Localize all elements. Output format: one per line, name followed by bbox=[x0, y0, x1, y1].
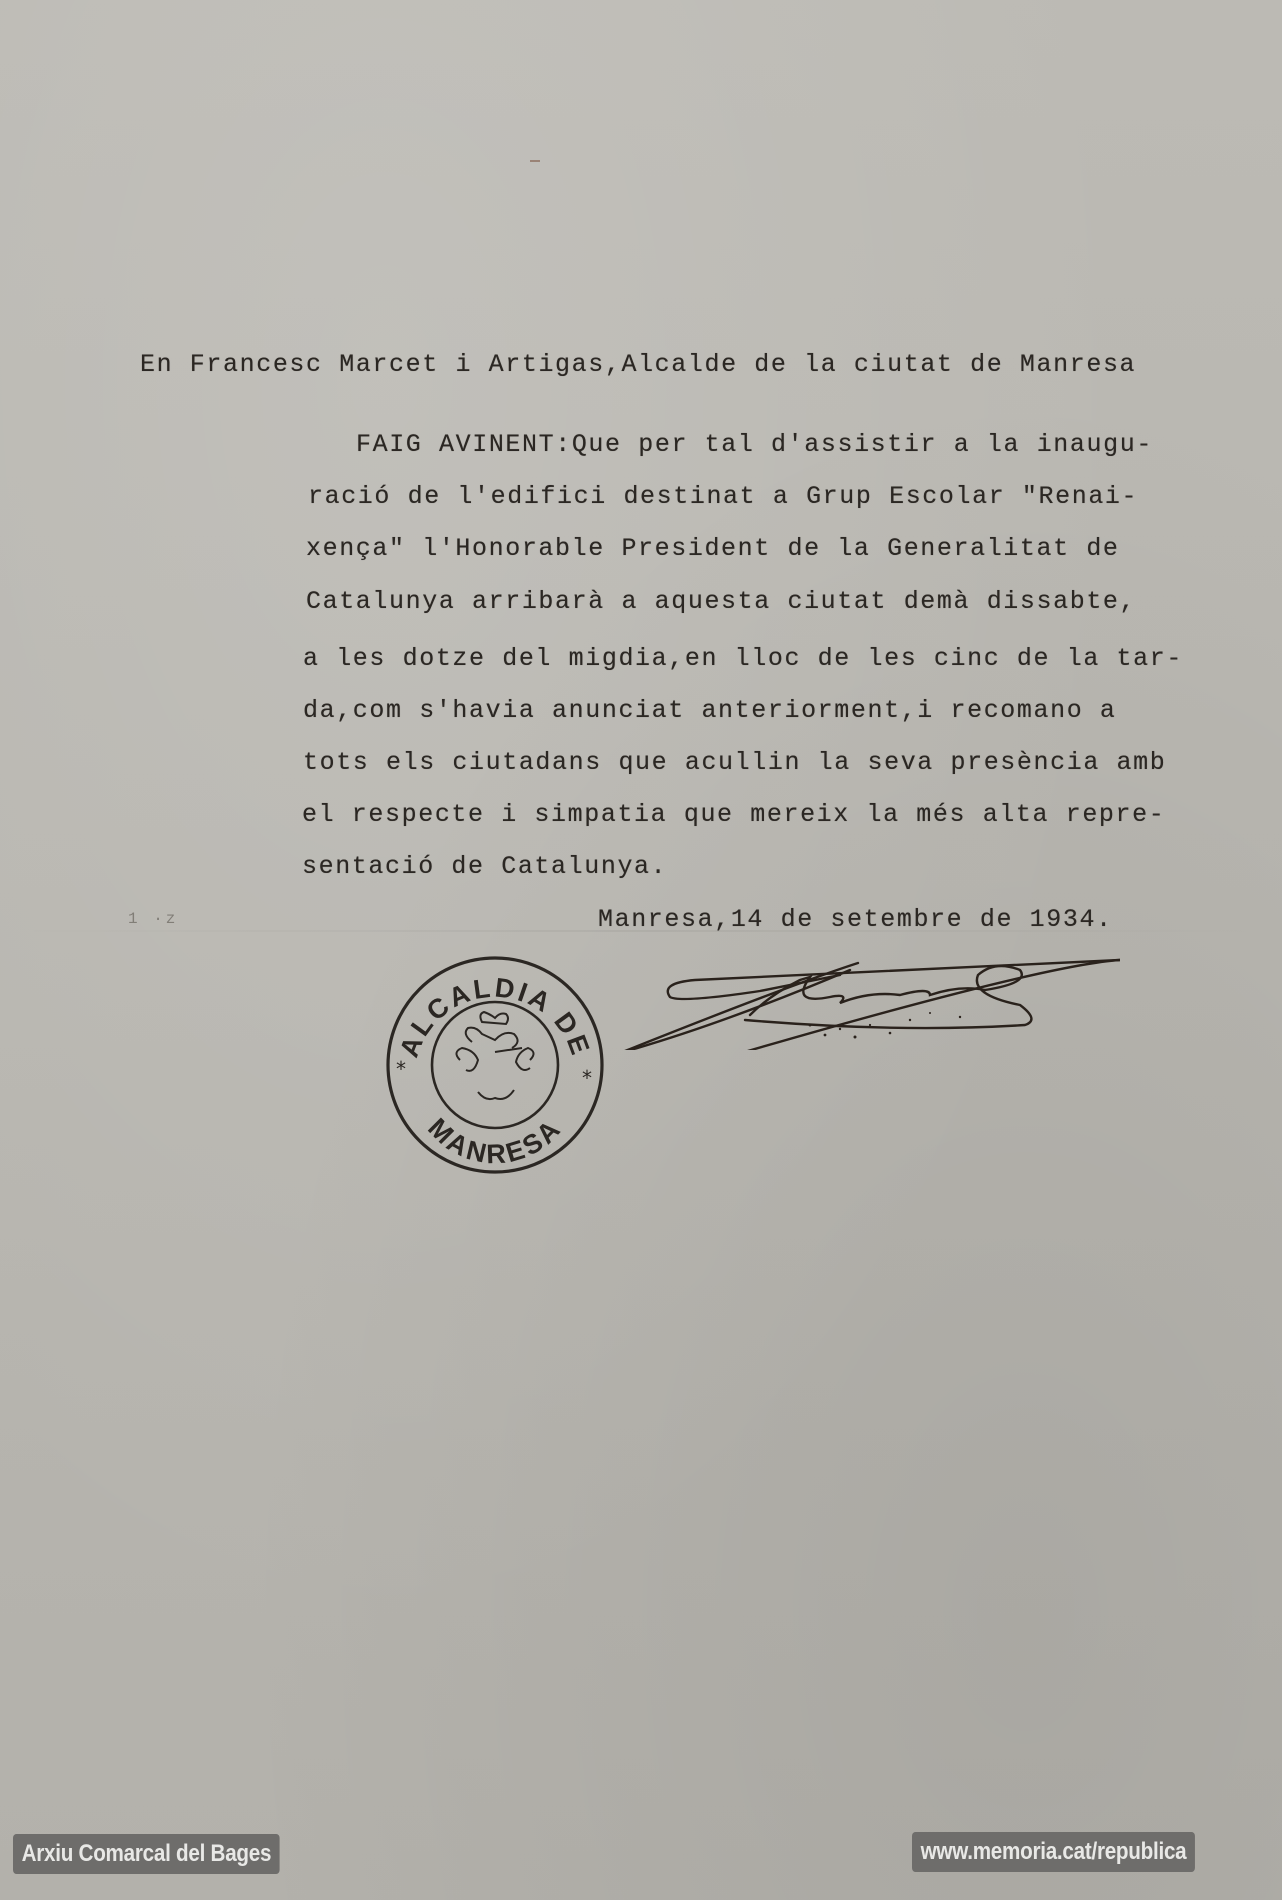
body-line-7: tots els ciutadans que acullin la seva p… bbox=[303, 748, 1166, 778]
archive-label: Arxiu Comarcal del Bages bbox=[13, 1834, 280, 1874]
body-line-5: a les dotze del migdia,en lloc de les ci… bbox=[303, 644, 1183, 674]
body-line-2: ració de l'edifici destinat a Grup Escol… bbox=[308, 482, 1138, 512]
svg-text:*: * bbox=[396, 1057, 406, 1081]
alcaldia-stamp-icon: ALCALDIA DE MANRESA * * bbox=[382, 952, 608, 1178]
signature-icon bbox=[600, 925, 1120, 1050]
svg-text:*: * bbox=[582, 1066, 592, 1090]
paper-mark bbox=[530, 160, 540, 162]
body-line-6: da,com s'havia anunciat anteriorment,i r… bbox=[303, 696, 1117, 726]
margin-note: 1 ·z bbox=[128, 910, 178, 928]
body-line-1: FAIG AVINENT:Que per tal d'assistir a la… bbox=[356, 430, 1153, 460]
body-line-3: xença" l'Honorable President de la Gener… bbox=[306, 534, 1120, 564]
body-line-8: el respecte i simpatia que mereix la més… bbox=[302, 800, 1165, 830]
website-link[interactable]: www.memoria.cat/republica bbox=[912, 1832, 1195, 1872]
body-line-4: Catalunya arribarà a aquesta ciutat demà… bbox=[306, 587, 1136, 617]
body-line-9: sentació de Catalunya. bbox=[302, 852, 667, 882]
document-heading: En Francesc Marcet i Artigas,Alcalde de … bbox=[140, 350, 1136, 380]
